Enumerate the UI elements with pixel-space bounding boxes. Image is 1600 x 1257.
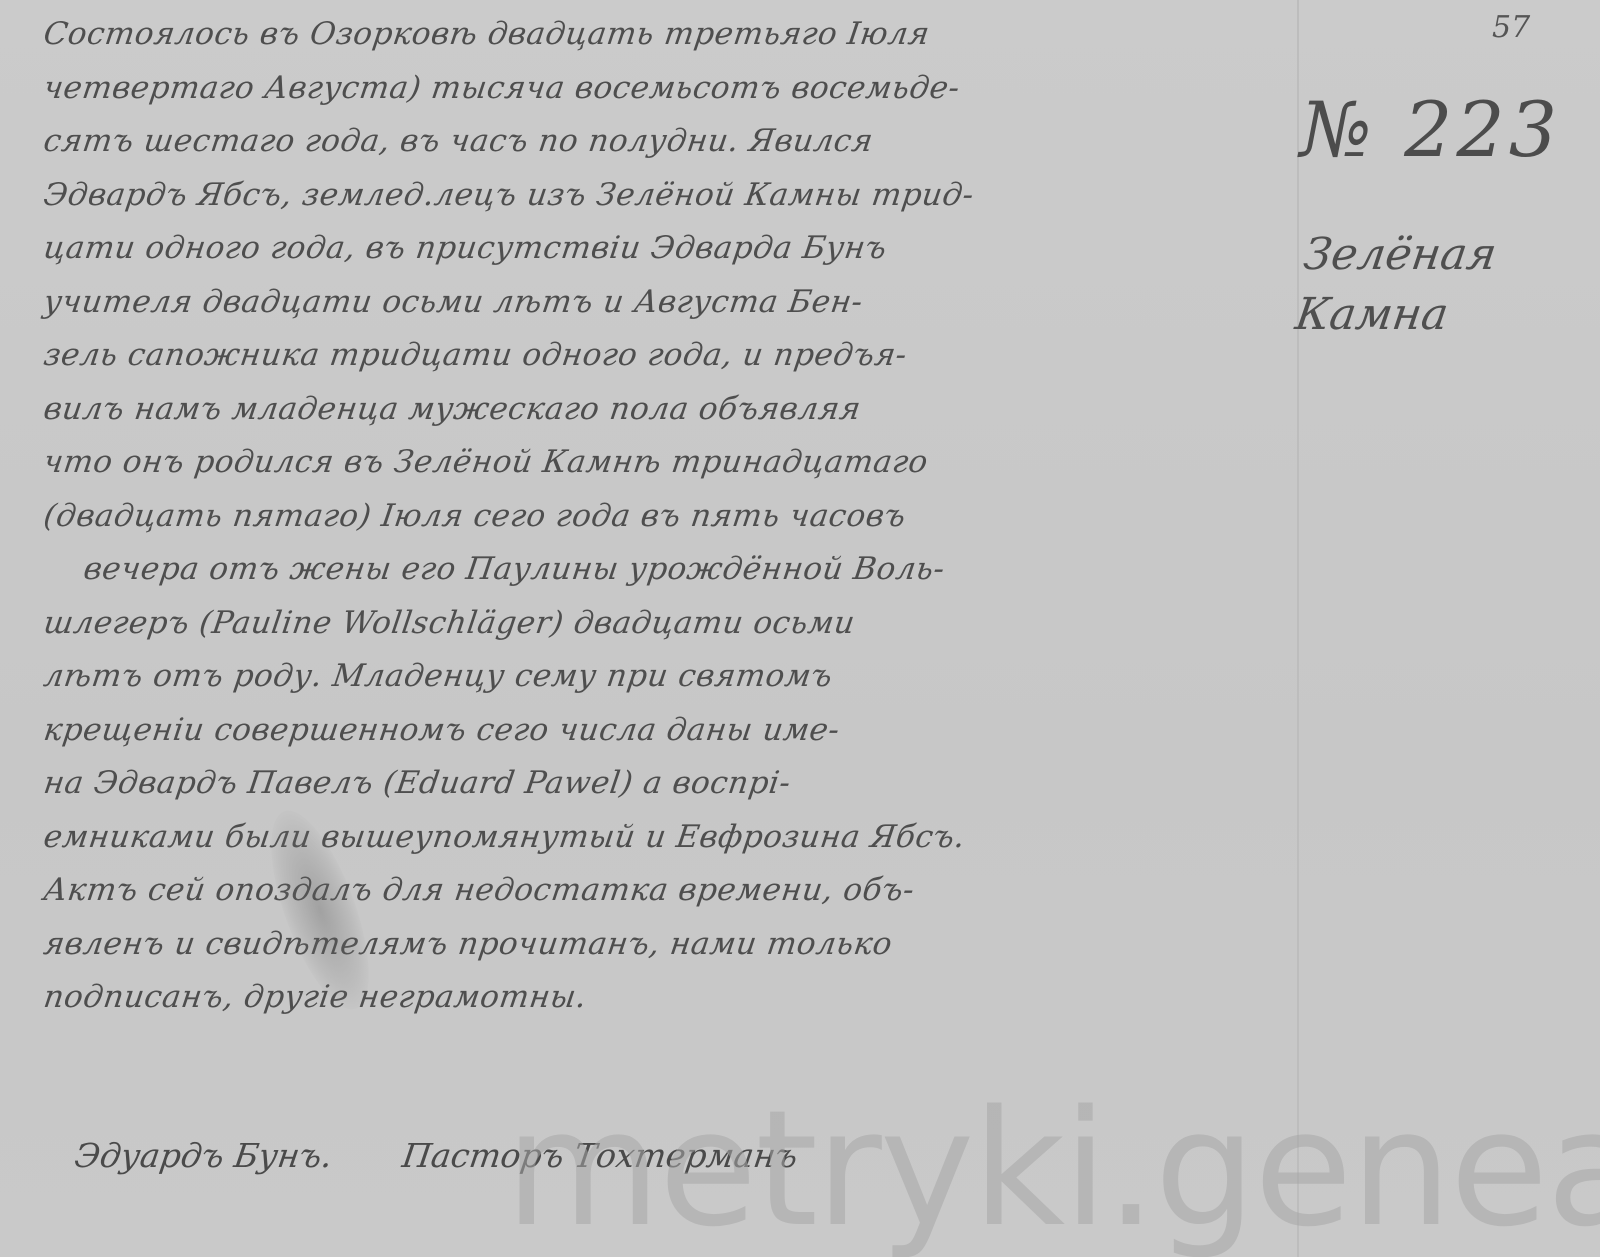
record-number: № 223 bbox=[1300, 85, 1561, 174]
village-line-2: Камна bbox=[1292, 285, 1492, 345]
record-line: подписанъ, другiе неграмотны. bbox=[40, 971, 1298, 1025]
record-line: Состоялось въ Озорковѣ двадцать третьяго… bbox=[40, 8, 1298, 62]
record-line: вечера отъ жены его Паулины урождённой В… bbox=[40, 543, 1298, 597]
record-line: четвертаго Августа) тысяча восемьсотъ во… bbox=[40, 62, 1298, 116]
record-line: вилъ намъ младенца мужескаго пола объявл… bbox=[40, 383, 1298, 437]
signature-pastor: Пасторъ Тохтерманъ bbox=[400, 1136, 800, 1175]
village-line-1: Зелёная bbox=[1300, 225, 1500, 285]
record-line: на Эдвардъ Павелъ (Eduard Pawel) а воспр… bbox=[40, 757, 1298, 811]
record-line: Актъ сей опоздалъ для недостатка времени… bbox=[40, 864, 1298, 918]
record-line: явленъ и свидѣтелямъ прочитанъ, нами тол… bbox=[40, 918, 1298, 972]
record-line: лѣтъ отъ роду. Младенцу сему при святомъ bbox=[40, 650, 1298, 704]
margin-rule bbox=[1297, 0, 1299, 1257]
document-page: 57 № 223 Зелёная Камна Состоялось въ Озо… bbox=[0, 0, 1600, 1257]
signature-witness: Эдуардъ Бунъ. bbox=[72, 1136, 335, 1175]
record-line: крещенiи совершенномъ сего числа даны им… bbox=[40, 704, 1298, 758]
record-line: сятъ шестаго года, въ часъ по полудни. Я… bbox=[40, 115, 1298, 169]
record-line: учителя двадцати осьми лѣтъ и Августа Бе… bbox=[40, 276, 1298, 330]
record-line: что онъ родился въ Зелёной Камнѣ тринадц… bbox=[40, 436, 1298, 490]
record-line: цати одного года, въ присутствiи Эдварда… bbox=[40, 222, 1298, 276]
margin-village-name: Зелёная Камна bbox=[1292, 225, 1501, 345]
signatures: Эдуардъ Бунъ. Пасторъ Тохтерманъ bbox=[72, 1136, 1327, 1175]
record-line: зель сапожника тридцати одного года, и п… bbox=[40, 329, 1298, 383]
record-line: шлегеръ (Pauline Wollschläger) двадцати … bbox=[40, 597, 1298, 651]
record-line: (двадцать пятаго) Iюля сего года въ пять… bbox=[40, 490, 1298, 544]
record-line: Эдвардъ Ябсъ, землед.лецъ изъ Зелёной Ка… bbox=[40, 169, 1298, 223]
record-line: емниками были вышеупомянутый и Евфрозина… bbox=[40, 811, 1298, 865]
page-number: 57 bbox=[1492, 10, 1530, 45]
record-body: Состоялось въ Озорковѣ двадцать третьяго… bbox=[40, 8, 1290, 1025]
